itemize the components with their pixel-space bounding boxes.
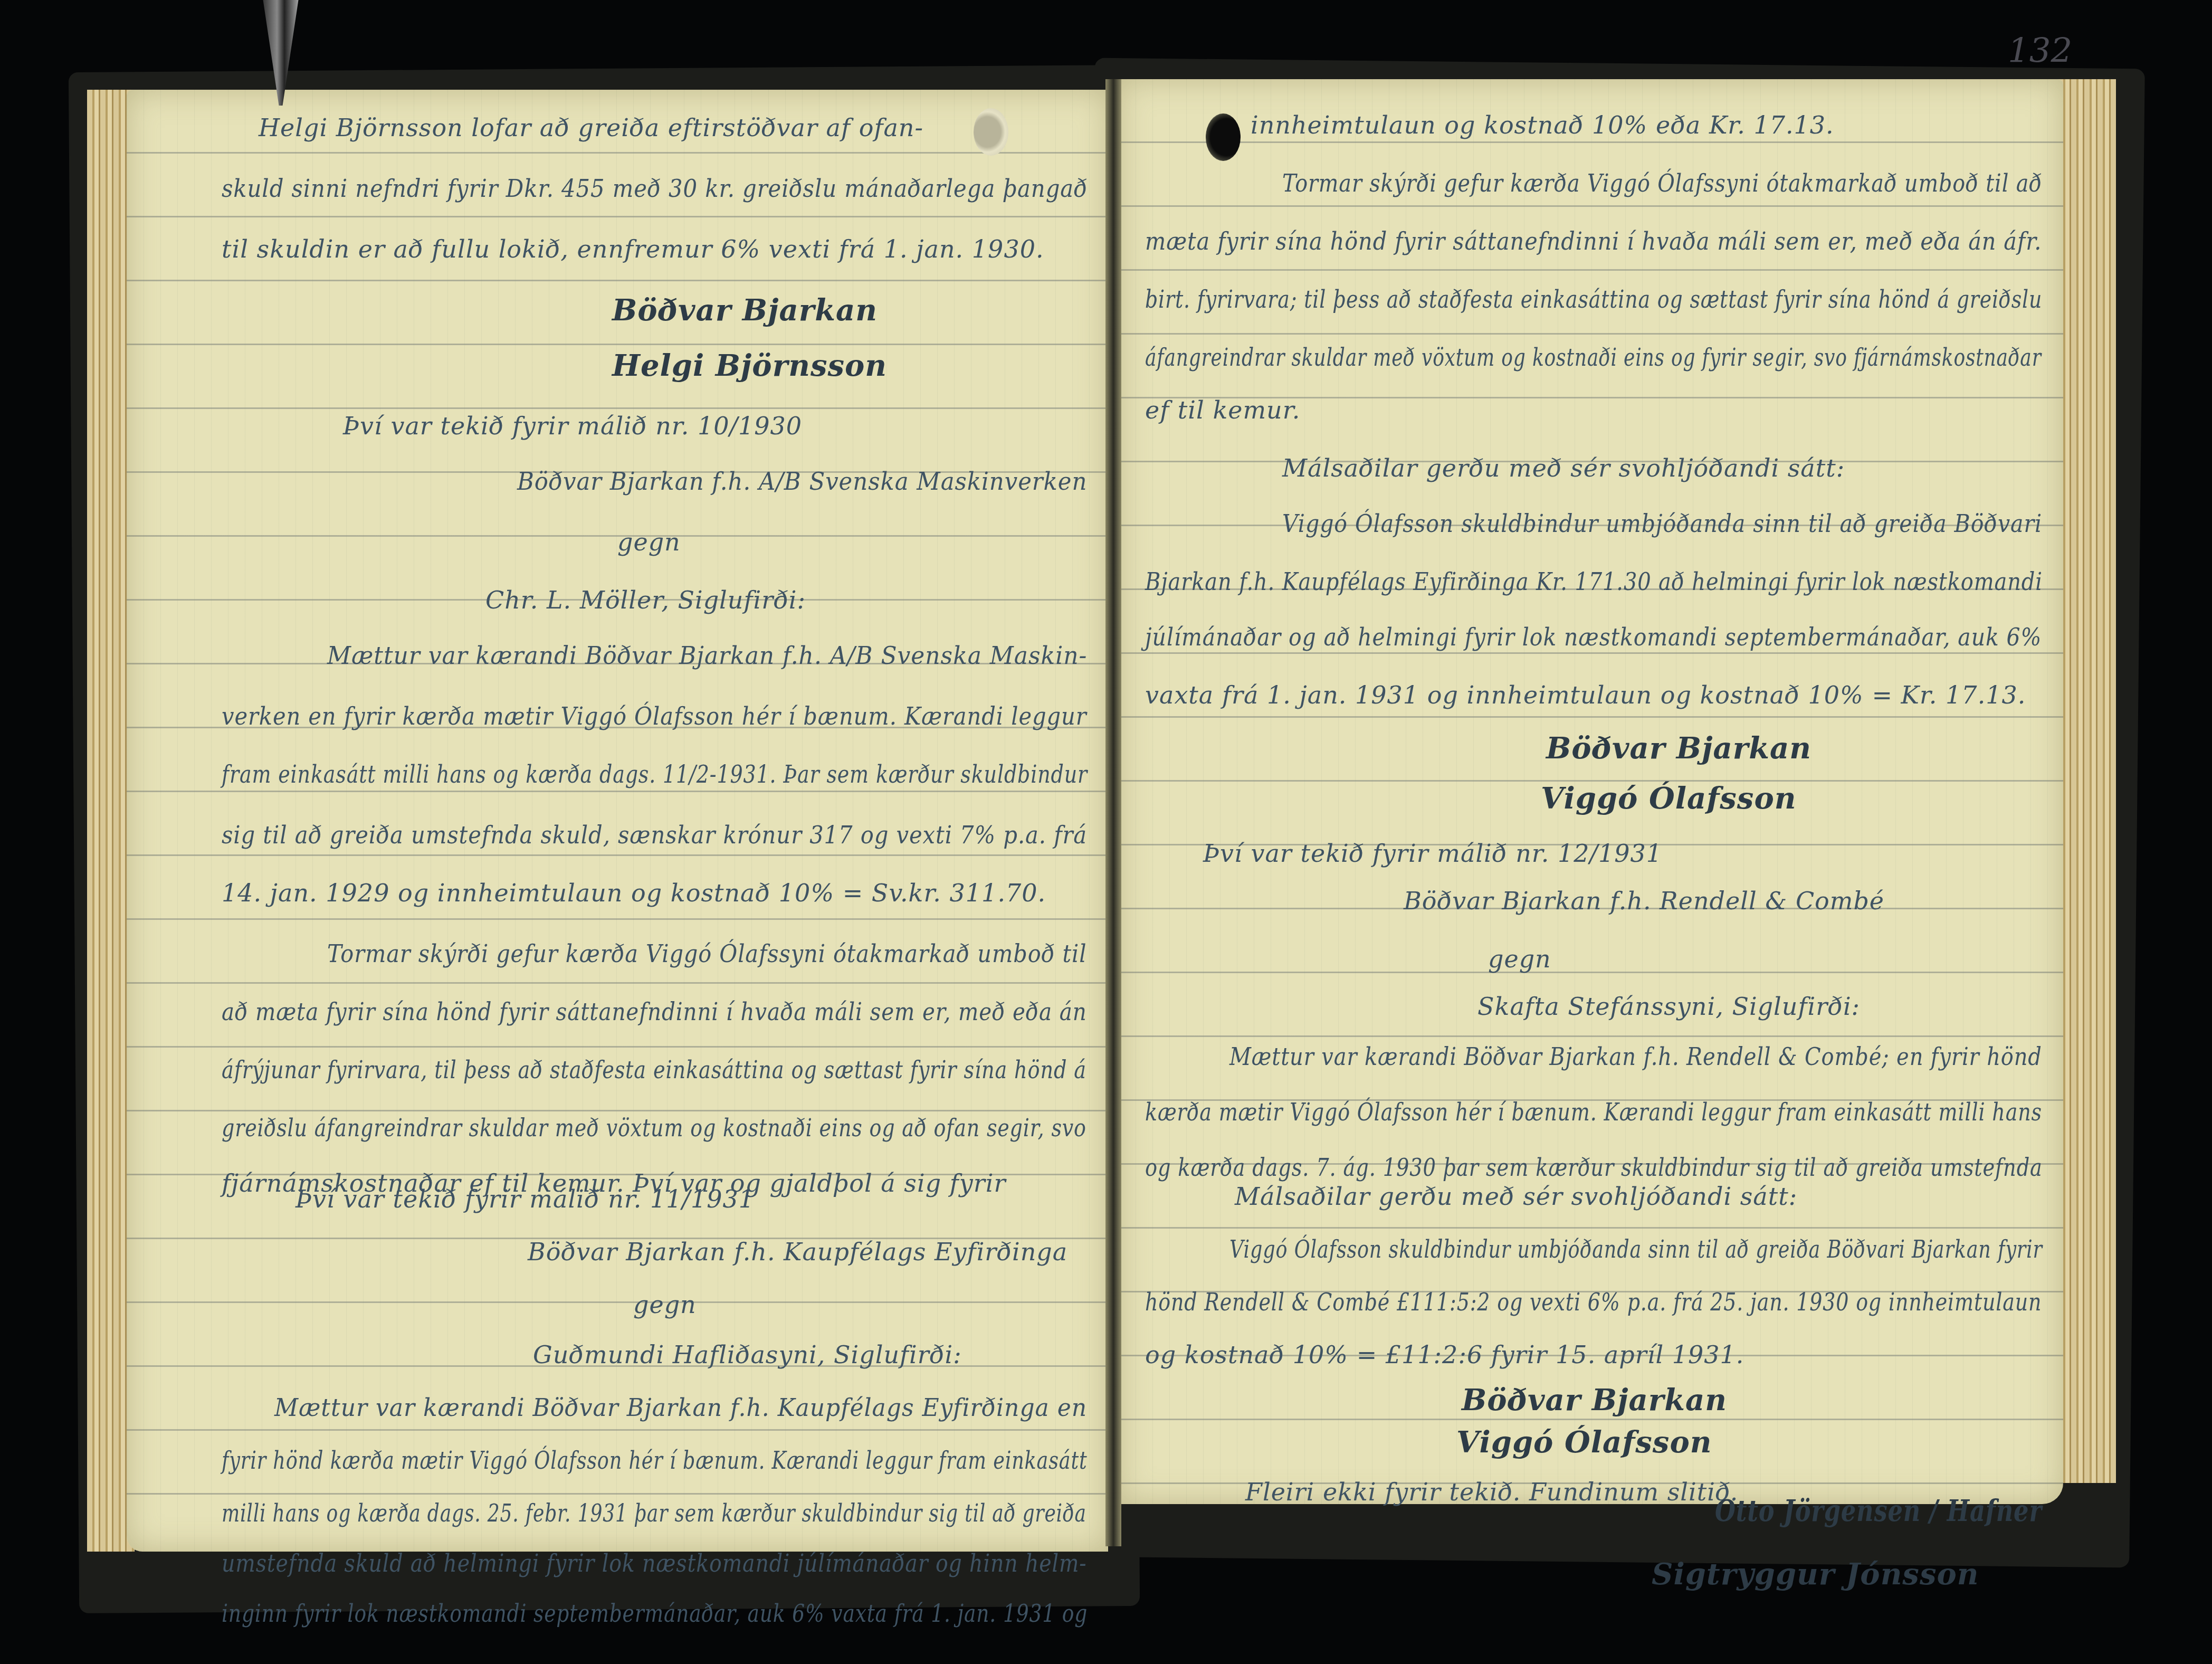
handwritten-line: birt. fyrirvara; til þess að staðfesta e…: [1145, 285, 2042, 313]
handwritten-line: Því var tekið fyrir málið nr. 11/1931: [295, 1185, 755, 1213]
handwritten-line: Viggó Ólafsson skuldbindur umbjóðanda si…: [1229, 1235, 2043, 1263]
handwritten-line: kærða mætir Viggó Ólafsson hér í bænum. …: [1145, 1098, 2042, 1126]
handwritten-line: milli hans og kærða dags. 25. febr. 1931…: [222, 1499, 1086, 1527]
handwritten-line: verken en fyrir kærða mætir Viggó Ólafss…: [222, 702, 1087, 730]
handwritten-line: Böðvar Bjarkan f.h. Kaupfélags Eyfirðing…: [528, 1238, 1067, 1266]
handwritten-line: fyrir hönd kærða mætir Viggó Ólafsson hé…: [222, 1446, 1087, 1475]
punch-hole-left: [974, 108, 1008, 156]
handwritten-line: Bjarkan f.h. Kaupfélags Eyfirðinga Kr. 1…: [1145, 567, 2043, 596]
page-edges-right: [2058, 79, 2116, 1483]
signature: Otto Jörgensen / Hafner: [1715, 1494, 2042, 1528]
signature: Böðvar Bjarkan: [1546, 731, 1811, 766]
handwritten-line: Chr. L. Möller, Siglufirði:: [485, 586, 806, 614]
handwritten-line: inginn fyrir lok næstkomandi septembermá…: [222, 1599, 1088, 1628]
handwritten-line: Helgi Björnsson lofar að greiða eftirstö…: [259, 113, 923, 142]
handwritten-line: Böðvar Bjarkan f.h. Rendell & Combé: [1404, 887, 1884, 915]
signature: Viggó Ólafsson: [1456, 1425, 1712, 1460]
handwritten-line: Fleiri ekki fyrir tekið. Fundinum slitið…: [1245, 1478, 1739, 1506]
handwritten-line: skuld sinni nefndri fyrir Dkr. 455 með 3…: [222, 174, 1088, 203]
handwritten-line: mæta fyrir sína hönd fyrir sáttanefndinn…: [1145, 227, 2042, 255]
handwritten-line: og kærða dags. 7. ág. 1930 þar sem kærðu…: [1145, 1153, 2043, 1182]
signature: Sigtryggur Jónsson: [1652, 1557, 1979, 1592]
handwritten-line: sig til að greiða umstefnda skuld, sænsk…: [222, 821, 1087, 849]
handwritten-line: gegn: [633, 1290, 697, 1319]
handwritten-line: vaxta frá 1. jan. 1931 og innheimtulaun …: [1145, 681, 2026, 709]
signature: Helgi Björnsson: [612, 348, 887, 383]
handwritten-line: umstefnda skuld að helmingi fyrir lok næ…: [222, 1549, 1087, 1577]
handwritten-line: Málsaðilar gerðu með sér svohljóðandi sá…: [1282, 454, 1845, 482]
handwritten-line: áfangreindrar skuldar með vöxtum og kost…: [1145, 343, 2042, 372]
handwritten-line: Mættur var kærandi Böðvar Bjarkan f.h. K…: [274, 1393, 1087, 1422]
handwritten-line: fram einkasátt milli hans og kærða dags.…: [222, 760, 1088, 788]
handwritten-line: Skafta Stefánssyni, Siglufirði:: [1477, 992, 1860, 1021]
handwritten-line: gegn: [1488, 945, 1551, 973]
handwritten-line: Mættur var kærandi Böðvar Bjarkan f.h. R…: [1229, 1042, 2042, 1071]
handwritten-line: hönd Rendell & Combé £111:5:2 og vexti 6…: [1145, 1288, 2042, 1316]
handwritten-line: Því var tekið fyrir málið nr. 10/1930: [343, 412, 802, 440]
handwritten-line: Mættur var kærandi Böðvar Bjarkan f.h. A…: [327, 641, 1087, 670]
punch-hole-right: [1206, 113, 1241, 161]
handwritten-line: 14. jan. 1929 og innheimtulaun og kostna…: [222, 879, 1046, 907]
handwritten-line: Böðvar Bjarkan f.h. A/B Svenska Maskinve…: [517, 467, 1087, 496]
handwritten-line: Málsaðilar gerðu með sér svohljóðandi sá…: [1235, 1182, 1797, 1211]
signature: Böðvar Bjarkan: [1462, 1383, 1727, 1418]
handwritten-line: Viggó Ólafsson skuldbindur umbjóðanda si…: [1282, 509, 2042, 538]
page-number: 132: [2008, 32, 2072, 71]
handwritten-line: Guðmundi Hafliðasyni, Siglufirði:: [533, 1340, 962, 1369]
handwritten-line: Því var tekið fyrir málið nr. 12/1931: [1203, 839, 1662, 868]
handwritten-line: gegn: [617, 528, 681, 556]
signature: Böðvar Bjarkan: [612, 293, 878, 328]
handwritten-line: til skuldin er að fullu lokið, ennfremur…: [222, 235, 1044, 263]
handwritten-line: að mæta fyrir sína hönd fyrir sáttanefnd…: [222, 997, 1087, 1026]
handwritten-line: innheimtulaun og kostnað 10% eða Kr. 17.…: [1251, 111, 1834, 139]
handwritten-line: Tormar skýrði gefur kærða Viggó Ólafssyn…: [327, 939, 1086, 968]
signature: Viggó Ólafsson: [1541, 781, 1796, 816]
handwritten-line: greiðslu áfangreindrar skuldar með vöxtu…: [222, 1114, 1086, 1142]
handwritten-line: Tormar skýrði gefur kærða Viggó Ólafssyn…: [1282, 169, 2042, 197]
handwritten-line: ef til kemur.: [1145, 396, 1300, 424]
handwritten-line: júlímánaðar og að helmingi fyrir lok næs…: [1145, 623, 2042, 651]
handwritten-line: og kostnað 10% = £11:2:6 fyrir 15. apríl…: [1145, 1340, 1744, 1369]
handwritten-line: áfrýjunar fyrirvara, til þess að staðfes…: [222, 1056, 1086, 1084]
book-gutter: [1105, 79, 1121, 1546]
